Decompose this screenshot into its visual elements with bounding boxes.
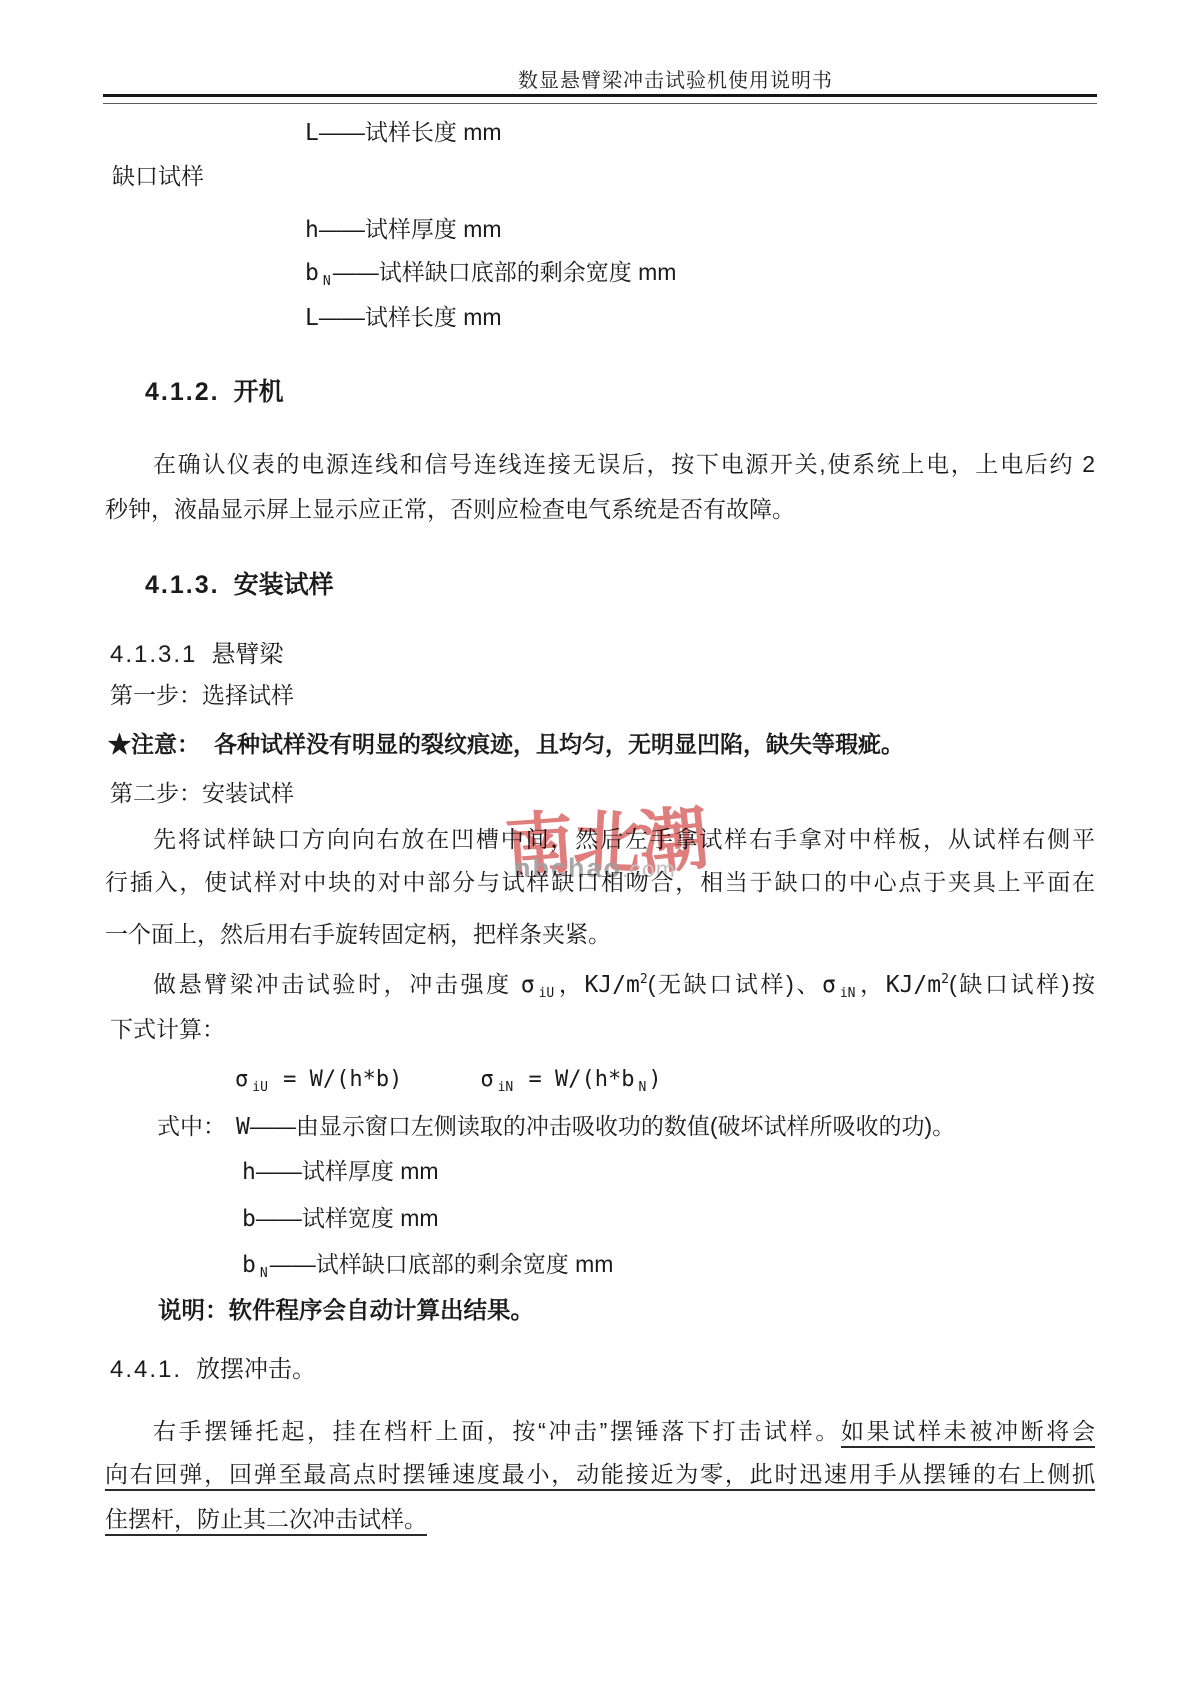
symbol-L: L	[305, 305, 319, 331]
note-text: 软件程序会自动计算出结果。	[229, 1297, 535, 1323]
symbol-W: W	[236, 1114, 250, 1140]
superscript-2: 2	[640, 972, 648, 987]
note-line: 说明：软件程序会自动计算出结果。	[158, 1297, 534, 1324]
sigma-symbol: σ	[235, 1067, 248, 1092]
sigma-symbol: σ	[521, 972, 535, 998]
swing-paragraph-line-3: 住摆杆，防止其二次冲击试样。	[105, 1506, 427, 1533]
install-paragraph-line-3: 一个面上，然后用右手旋转固定柄，把样条夹紧。	[105, 921, 611, 948]
note-label: 说明：	[158, 1297, 229, 1323]
symbol-L: L	[305, 120, 319, 146]
definition-length-2: L——试样长度 mm	[305, 304, 502, 332]
page-header-title: 数显悬臂梁冲击试验机使用说明书	[518, 64, 833, 93]
subscript-N: N	[260, 1266, 268, 1281]
subheading-4-1-3-1: 4.1.3.1悬臂梁	[110, 641, 283, 668]
subscript-iN: iN	[840, 986, 856, 1001]
install-paragraph-line-1: 先将试样缺口方向向右放在凹槽中间，然后左手拿试样右手拿对中样板，从试样右侧平	[105, 826, 1095, 853]
header-rule	[103, 94, 1097, 104]
underlined-warning-text: 如果试样未被冲断将会	[841, 1418, 1095, 1444]
notched-specimen-label: 缺口试样	[112, 163, 204, 190]
sigma-symbol: σ	[480, 1067, 493, 1092]
star-icon: ★	[108, 731, 131, 757]
heading-title: 安装试样	[234, 571, 334, 599]
manual-page: 数显悬臂梁冲击试验机使用说明书 L——试样长度 mm 缺口试样 h——试样厚度 …	[0, 0, 1200, 1697]
step-2-line: 第二步：安装试样	[110, 780, 294, 807]
heading-number: 4.1.2.	[145, 378, 220, 406]
install-paragraph-line-2: 行插入，使试样对中块的对中部分与试样缺口相吻合，相当于缺口的中心点于夹具上平面在	[105, 869, 1095, 896]
heading-4-4-1: 4.4.1.放摆冲击。	[110, 1356, 316, 1383]
heading-number: 4.4.1.	[110, 1356, 182, 1383]
heading-number: 4.1.3.	[145, 571, 220, 599]
sigma-symbol: σ	[822, 972, 836, 998]
impact-strength-line: 做悬臂梁冲击试验时，冲击强度 σiU，KJ/m2(无缺口试样)、σiN，KJ/m…	[105, 966, 1095, 1007]
heading-4-1-2: 4.1.2.开机	[145, 378, 284, 407]
definition-notch-width: bN——试样缺口底部的剩余宽度 mm	[305, 259, 676, 295]
symbol-b: b	[242, 1252, 256, 1278]
impact-strength-tail: 下式计算：	[110, 1016, 225, 1043]
notice-text: 各种试样没有明显的裂纹痕迹，且均匀，无明显凹陷，缺失等瑕疵。	[214, 731, 904, 757]
formula-line: σiU = W/(h*b)σiN = W/(h*bN)	[235, 1066, 662, 1101]
step-1-line: 第一步：选择试样	[110, 682, 294, 709]
definition-thickness: h——试样厚度 mm	[305, 216, 502, 244]
subscript-iN: iN	[498, 1080, 514, 1095]
symbol-h: h	[305, 217, 319, 243]
heading-title: 开机	[234, 378, 284, 406]
where-label: 式中：	[157, 1113, 226, 1139]
symbol-b: b	[242, 1206, 256, 1232]
heading-title: 放摆冲击。	[196, 1356, 316, 1383]
symbol-h: h	[242, 1159, 256, 1185]
definition-length-1: L——试样长度 mm	[305, 119, 502, 147]
swing-paragraph-line-2: 向右回弹，回弹至最高点时摆锤速度最小，动能接近为零，此时迅速用手从摆锤的右上侧抓	[105, 1461, 1095, 1488]
power-on-paragraph-line-2: 秒钟，液晶显示屏上显示应正常，否则应检查电气系统是否有故障。	[105, 496, 795, 523]
definition-notch-width-2: bN——试样缺口底部的剩余宽度 mm	[242, 1251, 613, 1287]
heading-4-1-3: 4.1.3.安装试样	[145, 571, 334, 600]
subheading-title: 悬臂梁	[211, 641, 283, 668]
subheading-number: 4.1.3.1	[110, 641, 197, 668]
symbol-b: b	[305, 260, 319, 286]
subscript-N: N	[638, 1080, 646, 1095]
definition-width: b——试样宽度 mm	[242, 1205, 439, 1233]
swing-paragraph-line-1: 右手摆锤托起，挂在档杆上面，按“冲击”摆锤落下打击试样。如果试样未被冲断将会	[105, 1418, 1095, 1445]
superscript-2: 2	[941, 972, 949, 987]
subscript-iU: iU	[252, 1080, 268, 1095]
notice-label: 注意：	[131, 731, 200, 757]
subscript-iU: iU	[539, 986, 555, 1001]
subscript-N: N	[323, 274, 331, 289]
definition-thickness-2: h——试样厚度 mm	[242, 1158, 439, 1186]
power-on-paragraph-line-1: 在确认仪表的电源连线和信号连线连接无误后，按下电源开关,使系统上电，上电后约 2	[105, 451, 1095, 478]
where-line: 式中：W——由显示窗口左侧读取的冲击吸收功的数值(破坏试样所吸收的功)。	[157, 1113, 955, 1141]
notice-line: ★注意：各种试样没有明显的裂纹痕迹，且均匀，无明显凹陷，缺失等瑕疵。	[108, 731, 904, 758]
